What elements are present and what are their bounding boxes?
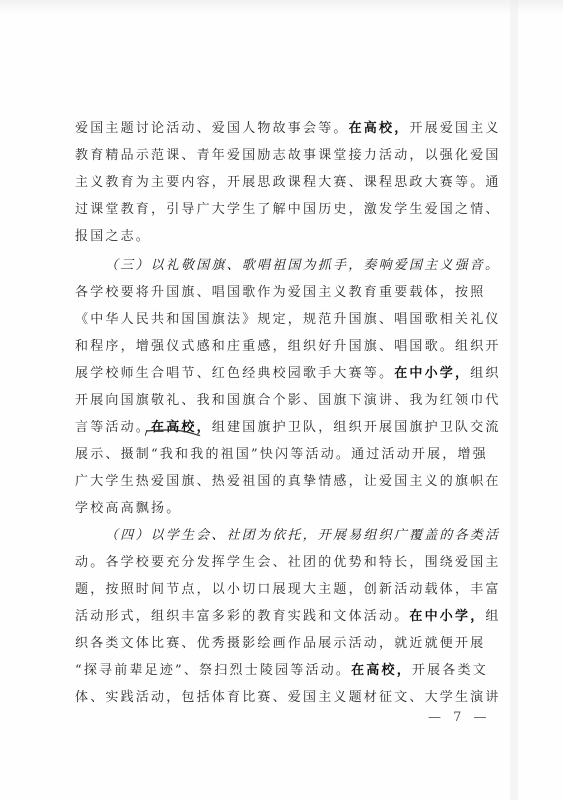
text-segment: 开展各类文 (412, 663, 488, 678)
paragraph-line: 动。各学校要充分发挥学生会、社团的优势和特长，围绕爱国主 (75, 549, 501, 576)
bold-keyword: 在高校， (351, 663, 412, 678)
text-segment: 主义教育为主要内容，开展思政课程大赛、课程思政大赛等。通 (75, 175, 501, 190)
text-segment: 各学校要将升国旗、唱国歌作为爱国主义教育重要载体，按照 (75, 285, 485, 300)
bold-keyword: 在高校， (349, 121, 410, 136)
paragraph-line: 开展向国旗敬礼、我和国旗合个影、国旗下演讲、我为红领巾代 (75, 387, 501, 414)
paragraph-line: 言等活动。在高校，组建国旗护卫队，组织开展国旗护卫队交流 (75, 414, 501, 441)
paragraph-line: 题，按照时间节点，以小切口展现大主题，创新活动载体，丰富 (75, 576, 501, 603)
text-segment: 开展爱国主义 (409, 121, 500, 136)
text-segment: （三）以礼敬国旗、歌唱祖国为抓手，奏响爱国主义强音。 (105, 258, 500, 273)
paragraph-line: 展示、摄制“我和我的祖国”快闪等活动。通过活动开展，增强 (75, 441, 488, 468)
text-segment: 和程序，增强仪式感和庄重感，组织好升国旗、唱国歌。组织开 (75, 339, 501, 354)
text-segment: 活动形式，组织丰富多彩的教育实践和文体活动。 (75, 609, 409, 624)
text-segment: 广大学生热爱国旗、热爱祖国的真挚情感，让爱国主义的旗帜在 (75, 474, 501, 489)
text-segment: 报国之志。 (75, 229, 151, 244)
text-segment: 组 (485, 609, 500, 624)
text-segment: “探寻前辈足迹”、祭扫烈士陵园等活动。 (75, 663, 351, 678)
text-segment: 学校高高飘扬。 (75, 501, 181, 516)
text-segment: 《中华人民共和国国旗法》规定，规范升国旗、唱国歌相关礼仪 (75, 312, 501, 327)
text-segment: 言等活动。 (75, 420, 151, 435)
paragraph-line: 爱国主题讨论活动、爱国人物故事会等。在高校，开展爱国主义 (75, 115, 501, 142)
paragraph-line: 体、实践活动，包括体育比赛、爱国主义题材征文、大学生演讲 (75, 684, 501, 711)
paragraph-line: 活动形式，组织丰富多彩的教育实践和文体活动。在中小学，组 (75, 603, 501, 630)
text-segment: 动。各学校要充分发挥学生会、社团的优势和特长，围绕爱国主 (75, 555, 501, 570)
section-heading-line: （四）以学生会、社团为依托，开展易组织广覆盖的各类活 (105, 522, 500, 549)
paragraph-line: 学校高高飘扬。 (75, 495, 181, 522)
scan-artifact-band (510, 0, 518, 800)
text-segment: （四）以学生会、社团为依托，开展易组织广覆盖的各类活 (105, 528, 500, 543)
text-segment: 组织 (470, 366, 500, 381)
text-segment: 体、实践活动，包括体育比赛、爱国主义题材征文、大学生演讲 (75, 690, 501, 705)
text-segment: 组建国旗护卫队，组织开展国旗护卫队交流 (212, 420, 501, 435)
paragraph-line: 报国之志。 (75, 223, 151, 250)
paragraph-line: 织各类文体比赛、优秀摄影绘画作品展示活动，就近就便开展 (75, 630, 485, 657)
bold-keyword: 在中小学， (394, 366, 470, 381)
paragraph-line: 和程序，增强仪式感和庄重感，组织好升国旗、唱国歌。组织开 (75, 333, 501, 360)
scan-edge-shadow (0, 0, 563, 14)
text-segment: 织各类文体比赛、优秀摄影绘画作品展示活动，就近就便开展 (75, 636, 485, 651)
handwritten-underline-mark (145, 428, 201, 438)
paragraph-line: 广大学生热爱国旗、热爱祖国的真挚情感，让爱国主义的旗帜在 (75, 468, 501, 495)
paragraph-line: 主义教育为主要内容，开展思政课程大赛、课程思政大赛等。通 (75, 169, 501, 196)
paragraph-line: 过课堂教育，引导广大学生了解中国历史，激发学生爱国之情、 (75, 196, 501, 223)
text-segment: 教育精品示范课、青年爱国励志故事课堂接力活动，以强化爱国 (75, 148, 501, 163)
text-segment: 过课堂教育，引导广大学生了解中国历史，激发学生爱国之情、 (75, 202, 501, 217)
text-segment: 爱国主题讨论活动、爱国人物故事会等。 (75, 121, 349, 136)
section-heading-line: （三）以礼敬国旗、歌唱祖国为抓手，奏响爱国主义强音。 (105, 252, 500, 279)
paragraph-line: “探寻前辈足迹”、祭扫烈士陵园等活动。在高校，开展各类文 (75, 657, 488, 684)
text-segment: 展学校师生合唱节、红色经典校园歌手大赛等。 (75, 366, 394, 381)
bold-keyword: 在中小学， (409, 609, 485, 624)
text-segment: 题，按照时间节点，以小切口展现大主题，创新活动载体，丰富 (75, 582, 501, 597)
paragraph-line: 教育精品示范课、青年爱国励志故事课堂接力活动，以强化爱国 (75, 142, 501, 169)
document-page: 爱国主题讨论活动、爱国人物故事会等。在高校，开展爱国主义教育精品示范课、青年爱国… (0, 0, 563, 800)
paragraph-line: 展学校师生合唱节、红色经典校园歌手大赛等。在中小学，组织 (75, 360, 501, 387)
paragraph-line: 《中华人民共和国国旗法》规定，规范升国旗、唱国歌相关礼仪 (75, 306, 501, 333)
text-segment: 展示、摄制“我和我的祖国”快闪等活动。通过活动开展，增强 (75, 447, 488, 462)
paragraph-line: 各学校要将升国旗、唱国歌作为爱国主义教育重要载体，按照 (75, 279, 485, 306)
page-number: — 7 — (428, 710, 491, 725)
text-segment: 开展向国旗敬礼、我和国旗合个影、国旗下演讲、我为红领巾代 (75, 393, 501, 408)
